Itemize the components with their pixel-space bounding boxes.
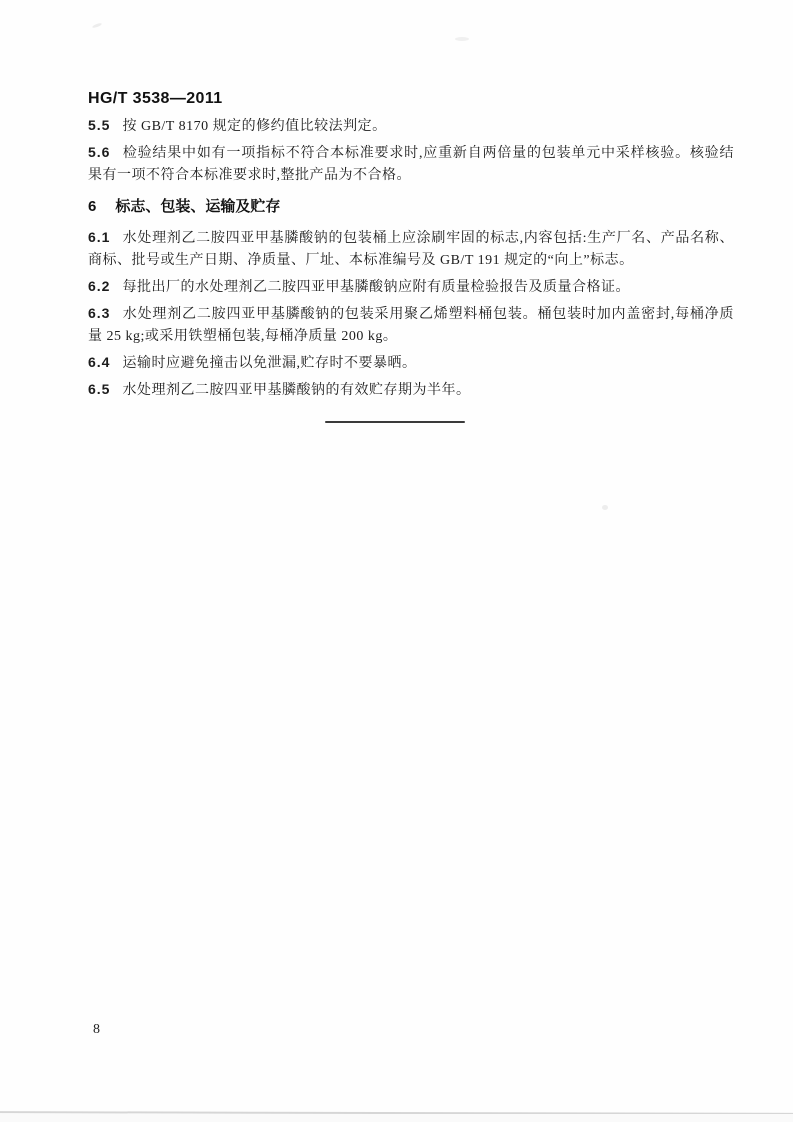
section-title: 标志、包装、运输及贮存 <box>115 198 280 215</box>
clause-6-3: 6.3水处理剂乙二胺四亚甲基膦酸钠的包装采用聚乙烯塑料桶包装。桶包装时加内盖密封… <box>88 302 734 348</box>
clause-number: 6.1 <box>88 229 110 245</box>
clause-number: 6.5 <box>88 381 110 397</box>
clause-number: 5.6 <box>88 144 110 160</box>
clause-text: 检验结果中如有一项指标不符合本标准要求时,应重新自两倍量的包装单元中采样核验。核… <box>88 146 734 183</box>
clause-text: 水处理剂乙二胺四亚甲基膦酸钠的包装采用聚乙烯塑料桶包装。桶包装时加内盖密封,每桶… <box>88 307 734 344</box>
clause-5-6: 5.6检验结果中如有一项指标不符合本标准要求时,应重新自两倍量的包装单元中采样核… <box>88 141 734 187</box>
clause-number: 5.5 <box>88 117 110 133</box>
clause-6-1: 6.1水处理剂乙二胺四亚甲基膦酸钠的包装桶上应涂刷牢固的标志,内容包括:生产厂名… <box>88 226 734 272</box>
scan-background-strip <box>0 1114 793 1122</box>
page-number: 8 <box>93 1022 100 1038</box>
section-6-heading: 6标志、包装、运输及贮存 <box>88 196 734 218</box>
clause-text: 运输时应避免撞击以免泄漏,贮存时不要暴晒。 <box>122 356 416 371</box>
end-of-document-rule <box>325 421 465 423</box>
clause-6-5: 6.5水处理剂乙二胺四亚甲基膦酸钠的有效贮存期为半年。 <box>88 378 734 402</box>
clause-6-4: 6.4运输时应避免撞击以免泄漏,贮存时不要暴晒。 <box>88 351 734 375</box>
clause-text: 按 GB/T 8170 规定的修约值比较法判定。 <box>122 119 386 134</box>
clause-5-5: 5.5按 GB/T 8170 规定的修约值比较法判定。 <box>88 114 734 138</box>
page-content: 5.5按 GB/T 8170 规定的修约值比较法判定。 5.6检验结果中如有一项… <box>88 114 734 423</box>
standard-number-header: HG/T 3538—2011 <box>88 90 223 108</box>
scan-speck <box>602 505 608 510</box>
clause-text: 每批出厂的水处理剂乙二胺四亚甲基膦酸钠应附有质量检验报告及质量合格证。 <box>122 280 630 295</box>
clause-text: 水处理剂乙二胺四亚甲基膦酸钠的有效贮存期为半年。 <box>122 383 470 398</box>
clause-number: 6.2 <box>88 278 110 294</box>
clause-number: 6.3 <box>88 305 110 321</box>
scan-speck <box>455 37 469 41</box>
clause-text: 水处理剂乙二胺四亚甲基膦酸钠的包装桶上应涂刷牢固的标志,内容包括:生产厂名、产品… <box>88 231 734 268</box>
clause-number: 6.4 <box>88 354 110 370</box>
scanned-document-page: HG/T 3538—2011 5.5按 GB/T 8170 规定的修约值比较法判… <box>0 0 793 1122</box>
clause-6-2: 6.2每批出厂的水处理剂乙二胺四亚甲基膦酸钠应附有质量检验报告及质量合格证。 <box>88 275 734 299</box>
section-number: 6 <box>88 198 97 215</box>
scan-speck <box>92 22 102 28</box>
